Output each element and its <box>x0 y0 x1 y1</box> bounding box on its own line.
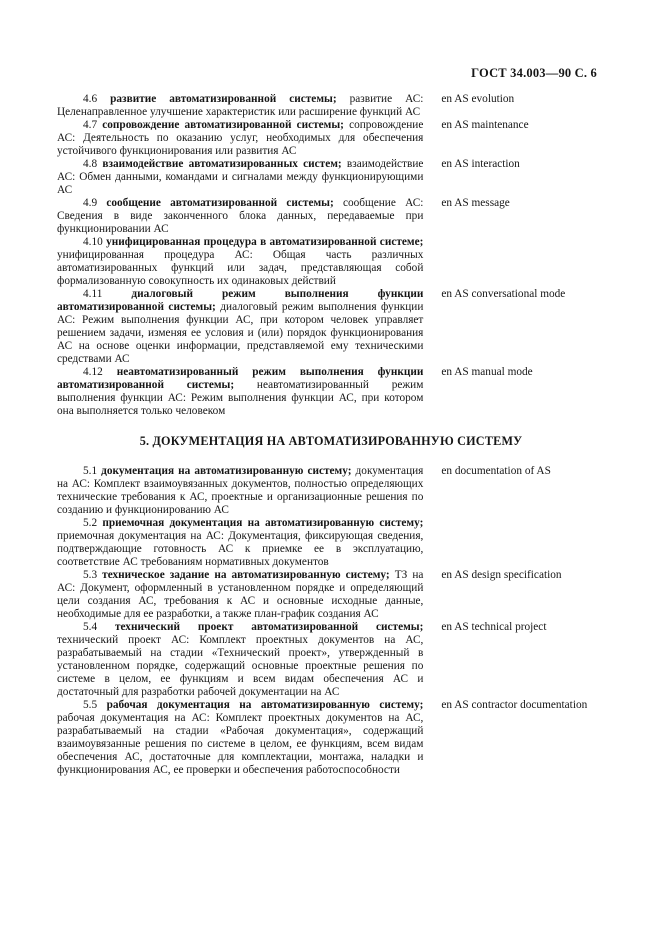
entry-4-6: 4.6 развитие автоматизированной системы;… <box>57 93 605 119</box>
entry-5-1: 5.1 документация на автоматизированную с… <box>57 465 605 517</box>
entry-term: технический проект автоматизированной си… <box>115 621 423 633</box>
entry-definition: технический проект АС: Комплект проектны… <box>57 634 423 698</box>
entry-english-term: en AS maintenance <box>441 119 605 132</box>
definitions-content: 4.6 развитие автоматизированной системы;… <box>57 93 605 777</box>
entry-term: техническое задание на автоматизированну… <box>102 569 390 581</box>
entry-number: 5.1 <box>83 465 97 477</box>
entry-english-term: en AS conversational mode <box>441 288 605 301</box>
entry-definition: рабочая документация на АС: Комплект про… <box>57 712 423 776</box>
entry-number: 5.3 <box>83 569 97 581</box>
definition-text: 4.8 взаимодействие автоматизированных си… <box>57 158 423 197</box>
entry-english-term: en AS contractor documentation <box>441 699 605 712</box>
entry-term: приемочная документация на автоматизиров… <box>102 517 423 529</box>
entry-number: 4.11 <box>83 288 102 300</box>
section-5-heading: 5. ДОКУМЕНТАЦИЯ НА АВТОМАТИЗИРОВАННУЮ СИ… <box>57 434 605 448</box>
entry-english-term: en AS interaction <box>441 158 605 171</box>
entry-5-3: 5.3 техническое задание на автоматизиров… <box>57 569 605 621</box>
gost-document-header: ГОСТ 34.003—90 С. 6 <box>0 66 597 80</box>
entry-term: унифицированная процедура в автоматизиро… <box>106 236 423 248</box>
entry-4-7: 4.7 сопровождение автоматизированной сис… <box>57 119 605 158</box>
entry-number: 5.5 <box>83 699 97 711</box>
definition-text: 5.3 техническое задание на автоматизиров… <box>57 569 423 621</box>
entry-english-term: en AS manual mode <box>441 366 605 379</box>
entry-4-8: 4.8 взаимодействие автоматизированных си… <box>57 158 605 197</box>
definition-text: 4.6 развитие автоматизированной системы;… <box>57 93 423 119</box>
entry-english-term: en AS design specification <box>441 569 605 582</box>
definition-text: 4.11 диалоговый режим выполнения функции… <box>57 288 423 366</box>
entry-term: сопровождение автоматизированной системы… <box>102 119 344 131</box>
entry-number: 5.2 <box>83 517 97 529</box>
entry-5-5: 5.5 рабочая документация на автоматизиро… <box>57 699 605 777</box>
definition-text: 4.7 сопровождение автоматизированной сис… <box>57 119 423 158</box>
entry-number: 4.12 <box>83 366 103 378</box>
definition-text: 5.2 приемочная документация на автоматиз… <box>57 517 423 569</box>
entry-english-term: en AS technical project <box>441 621 605 634</box>
entry-term: документация на автоматизированную систе… <box>101 465 351 477</box>
definition-text: 4.10 унифицированная процедура в автомат… <box>57 236 423 288</box>
definition-text: 5.5 рабочая документация на автоматизиро… <box>57 699 423 777</box>
entry-term: рабочая документация на автоматизированн… <box>107 699 424 711</box>
entry-number: 4.10 <box>83 236 103 248</box>
definition-text: 5.4 технический проект автоматизированно… <box>57 621 423 699</box>
entry-4-9: 4.9 сообщение автоматизированной системы… <box>57 197 605 236</box>
entry-english-term: en AS evolution <box>441 93 605 106</box>
definition-text: 4.12 неавтоматизированный режим выполнен… <box>57 366 423 418</box>
entry-4-11: 4.11 диалоговый режим выполнения функции… <box>57 288 605 366</box>
entry-number: 4.9 <box>83 197 97 209</box>
entry-english-term: en documentation of AS <box>441 465 605 478</box>
entry-5-2: 5.2 приемочная документация на автоматиз… <box>57 517 605 569</box>
entry-5-4: 5.4 технический проект автоматизированно… <box>57 621 605 699</box>
entry-definition: приемочная документация на АС: Документа… <box>57 530 423 568</box>
document-page: ГОСТ 34.003—90 С. 6 4.6 развитие автомат… <box>0 0 661 935</box>
entry-definition: унифицированная процедура АС: Общая част… <box>57 249 423 287</box>
definition-text: 5.1 документация на автоматизированную с… <box>57 465 423 517</box>
definition-text: 4.9 сообщение автоматизированной системы… <box>57 197 423 236</box>
entry-term: сообщение автоматизированной системы; <box>106 197 333 209</box>
entry-4-10: 4.10 унифицированная процедура в автомат… <box>57 236 605 288</box>
entry-4-12: 4.12 неавтоматизированный режим выполнен… <box>57 366 605 418</box>
entry-number: 4.7 <box>83 119 97 131</box>
entry-number: 5.4 <box>83 621 97 633</box>
entry-number: 4.6 <box>83 93 97 105</box>
entry-number: 4.8 <box>83 158 97 170</box>
entry-term: взаимодействие автоматизированных систем… <box>102 158 341 170</box>
entry-english-term: en AS message <box>441 197 605 210</box>
entry-term: развитие автоматизированной системы; <box>110 93 336 105</box>
